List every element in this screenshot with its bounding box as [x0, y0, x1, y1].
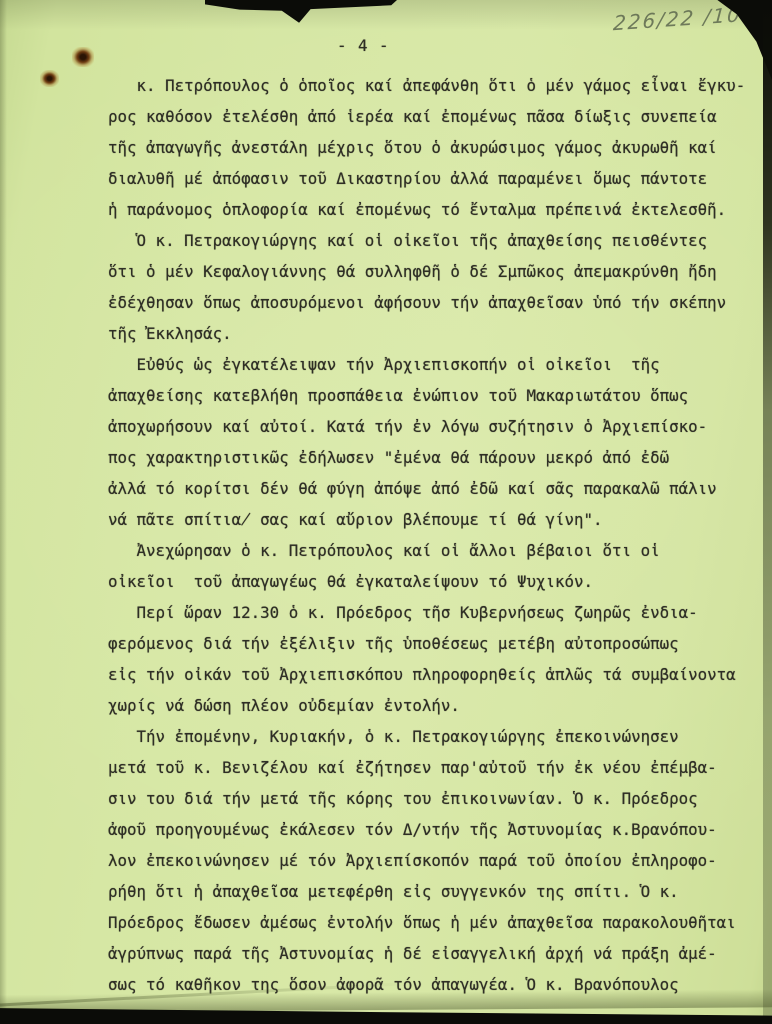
text-line: ἡ παράνομος ὁπλοφορία καί ἐπομένως τό ἔν…	[108, 194, 768, 225]
text-line: Ἀνεχώρησαν ὁ κ. Πετρόπουλος καί οἱ ἄλλοι…	[108, 535, 768, 566]
text-line: ρήθη ὅτι ἡ ἀπαχθεῖσα μετεφέρθη εἰς συγγε…	[108, 876, 768, 907]
text-line: Πρόεδρος ἔδωσεν ἀμέσως ἐντολήν ὅπως ἡ μέ…	[108, 907, 768, 938]
text-line: Περί ὥραν 12.30 ὁ κ. Πρόεδρος τῆσ Κυβερν…	[108, 597, 768, 628]
text-line: χωρίς νά δώση πλέον οὐδεμίαν ἐντολήν.	[108, 690, 768, 721]
scan-edge-right	[763, 0, 772, 1024]
text-line: ἀγρύπνως παρά τῆς Ἀστυνομίας ἡ δέ εἰσαγγ…	[108, 938, 768, 969]
text-line: τῆς Ἐκκλησάς.	[108, 318, 768, 349]
typewritten-text-block: κ. Πετρόπουλος ὁ ὁποῖος καί ἀπεφάνθη ὅτι…	[108, 70, 768, 1000]
text-line: λον ἐπεκοινώνησεν μέ τόν Ἀρχιεπίσκοπόν π…	[108, 845, 768, 876]
paper-edge-left	[0, 0, 7, 1024]
text-line: κ. Πετρόπουλος ὁ ὁποῖος καί ἀπεφάνθη ὅτι…	[108, 70, 768, 101]
text-line: ἀλλά τό κορίτσι δέν θά φύγη ἀπόψε ἀπό ἐδ…	[108, 473, 768, 504]
burn-stain	[72, 47, 94, 67]
burn-stain	[40, 70, 59, 87]
text-line: φερόμενος διά τήν ἐξέλιξιν τῆς ὑποθέσεως…	[108, 628, 768, 659]
text-line: ὅτι ὁ μέν Κεφαλογιάννης θά συλληφθῆ ὁ δέ…	[108, 256, 768, 287]
text-line: εἰς τήν οἰκάν τοῦ Ἀρχιεπισκόπου πληροφορ…	[108, 659, 768, 690]
text-line: ἀπαχθείσης κατεβλήθη προσπάθεια ἐνώπιον …	[108, 380, 768, 411]
text-line: τῆς ἀπαγωγῆς ἀνεστάλη μέχρις ὅτου ὁ ἀκυρ…	[108, 132, 768, 163]
text-line: σιν του διά τήν μετά τῆς κόρης του ἐπικο…	[108, 783, 768, 814]
text-line: διαλυθῆ μέ ἀπόφασιν τοῦ Δικαστηρίου ἀλλά…	[108, 163, 768, 194]
text-line: νά πᾶτε σπίτια̸ σας καί αὔριον βλέπουμε …	[108, 504, 768, 535]
page-number: - 4 -	[337, 36, 390, 55]
text-line: μετά τοῦ κ. Βενιζέλου καί ἐζήτησεν παρ'α…	[108, 752, 768, 783]
document-page: 226/22 /104 - 4 - κ. Πετρόπουλος ὁ ὁποῖο…	[0, 0, 772, 1024]
text-line: Τήν ἐπομένην, Κυριακήν, ὁ κ. Πετρακογιώρ…	[108, 721, 768, 752]
text-line: ἐδέχθησαν ὅπως ἀποσυρόμενοι ἀφήσουν τήν …	[108, 287, 768, 318]
text-line: Ὁ κ. Πετρακογιώργης καί οἱ οἰκεῖοι τῆς ἀ…	[108, 225, 768, 256]
text-line: ἀποχωρήσουν καί αὐτοί. Κατά τήν ἐν λόγω …	[108, 411, 768, 442]
text-line: Εὐθύς ὡς ἐγκατέλειψαν τήν Ἀρχιεπισκοπήν …	[108, 349, 768, 380]
text-line: ἀφοῦ προηγουμένως ἐκάλεσεν τόν Δ/ντήν τῆ…	[108, 814, 768, 845]
text-line: ρος καθόσον ἐτελέσθη ἀπό ἱερέα καί ἐπομέ…	[108, 101, 768, 132]
text-line: οἰκεῖοι τοῦ ἀπαγωγέως θά ἐγκαταλείψουν τ…	[108, 566, 768, 597]
text-line: πος χαρακτηριστικῶς ἐδήλωσεν "ἐμένα θά π…	[108, 442, 768, 473]
